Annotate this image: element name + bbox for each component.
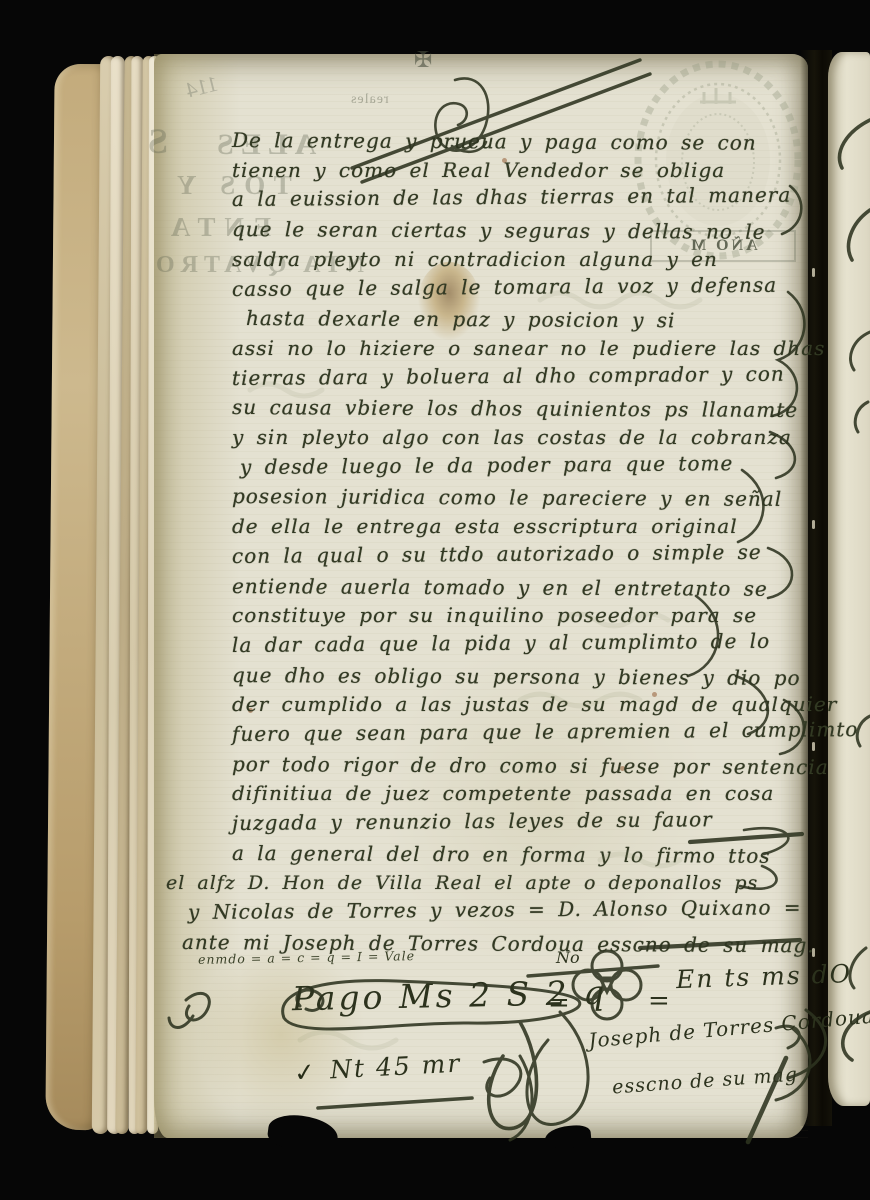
payment-flourishes [169,981,588,1129]
cancelled-rubric [352,60,650,182]
signature-flourishes [318,1010,826,1142]
adjacent-page-ink [840,120,870,1060]
verso-showthrough [250,293,700,1048]
ink-flourishes-overlay [0,0,870,1200]
book-spread-photo: 114 S ALES TOS Y ENTA NTA QVATRO reales … [0,0,870,1200]
rosette-flourish [573,951,641,1019]
